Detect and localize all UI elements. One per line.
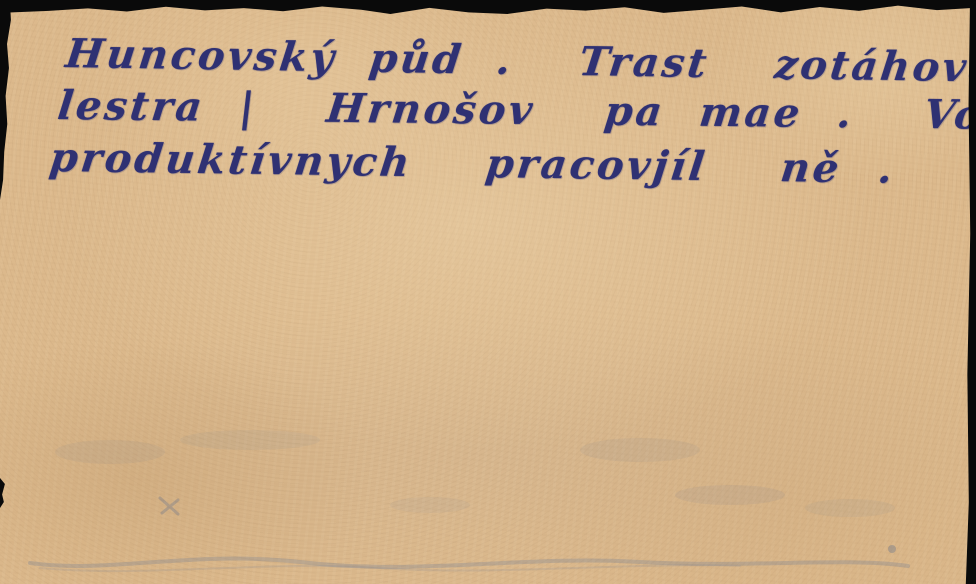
- scanned-note-screenshot: Huncovský půd . Trast zotáhova- lestra |…: [0, 0, 976, 584]
